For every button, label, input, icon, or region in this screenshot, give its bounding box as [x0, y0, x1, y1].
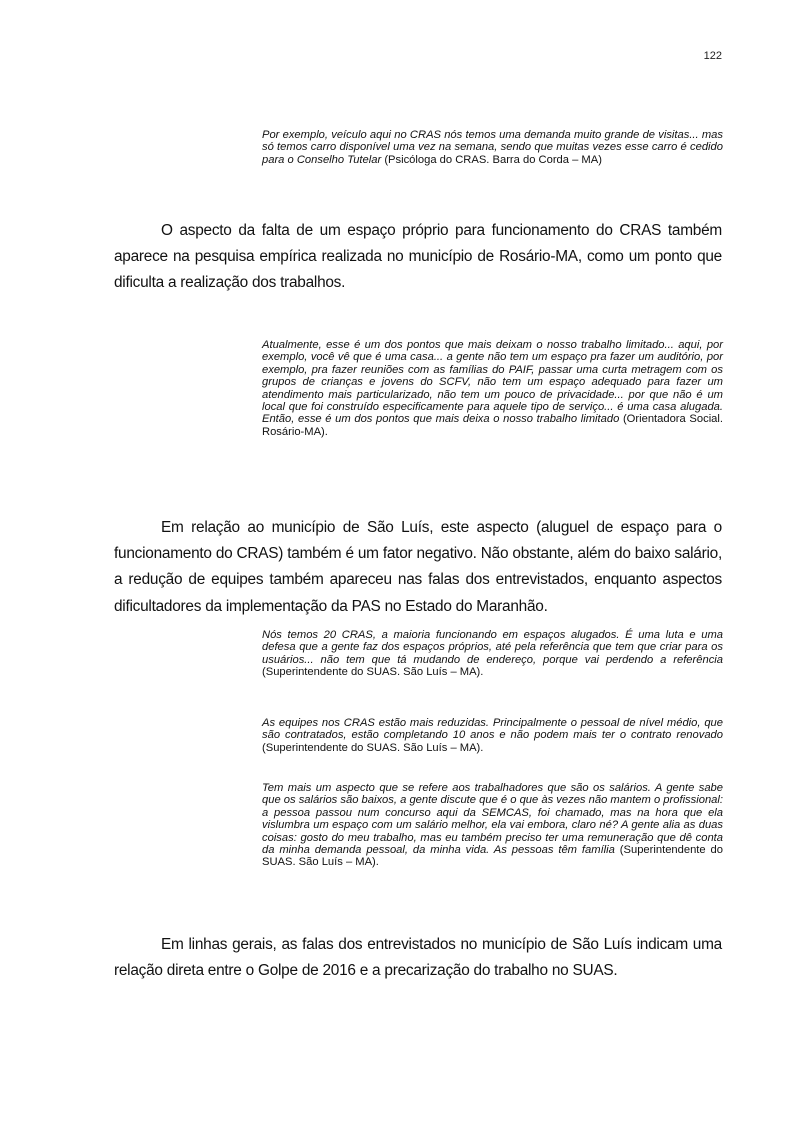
- paragraph-text: Em relação ao município de São Luís, est…: [114, 519, 722, 615]
- paragraph-rosario: O aspecto da falta de um espaço próprio …: [114, 218, 722, 297]
- block-quote-superintendente-1: Nós temos 20 CRAS, a maioria funcionando…: [262, 629, 723, 679]
- page-number: 122: [680, 50, 722, 62]
- block-quote-superintendente-3: Tem mais um aspecto que se refere aos tr…: [262, 782, 723, 869]
- quote-source: (Superintendente do SUAS. São Luís – MA)…: [262, 742, 483, 754]
- paragraph-text: Em linhas gerais, as falas dos entrevist…: [114, 936, 722, 979]
- paragraph-text: O aspecto da falta de um espaço próprio …: [114, 222, 722, 291]
- paragraph-sao-luis: Em relação ao município de São Luís, est…: [114, 515, 722, 620]
- quote-text: Nós temos 20 CRAS, a maioria funcionando…: [262, 629, 723, 666]
- block-quote-superintendente-2: As equipes nos CRAS estão mais reduzidas…: [262, 717, 723, 754]
- block-quote-orientadora: Atualmente, esse é um dos pontos que mai…: [262, 339, 723, 438]
- block-quote-psicologa: Por exemplo, veículo aqui no CRAS nós te…: [262, 129, 723, 166]
- quote-text: As equipes nos CRAS estão mais reduzidas…: [262, 717, 723, 741]
- paragraph-conclusion: Em linhas gerais, as falas dos entrevist…: [114, 932, 722, 984]
- quote-source: (Superintendente do SUAS. São Luís – MA)…: [262, 666, 483, 678]
- quote-source: (Psicóloga do CRAS. Barra do Corda – MA): [384, 154, 602, 166]
